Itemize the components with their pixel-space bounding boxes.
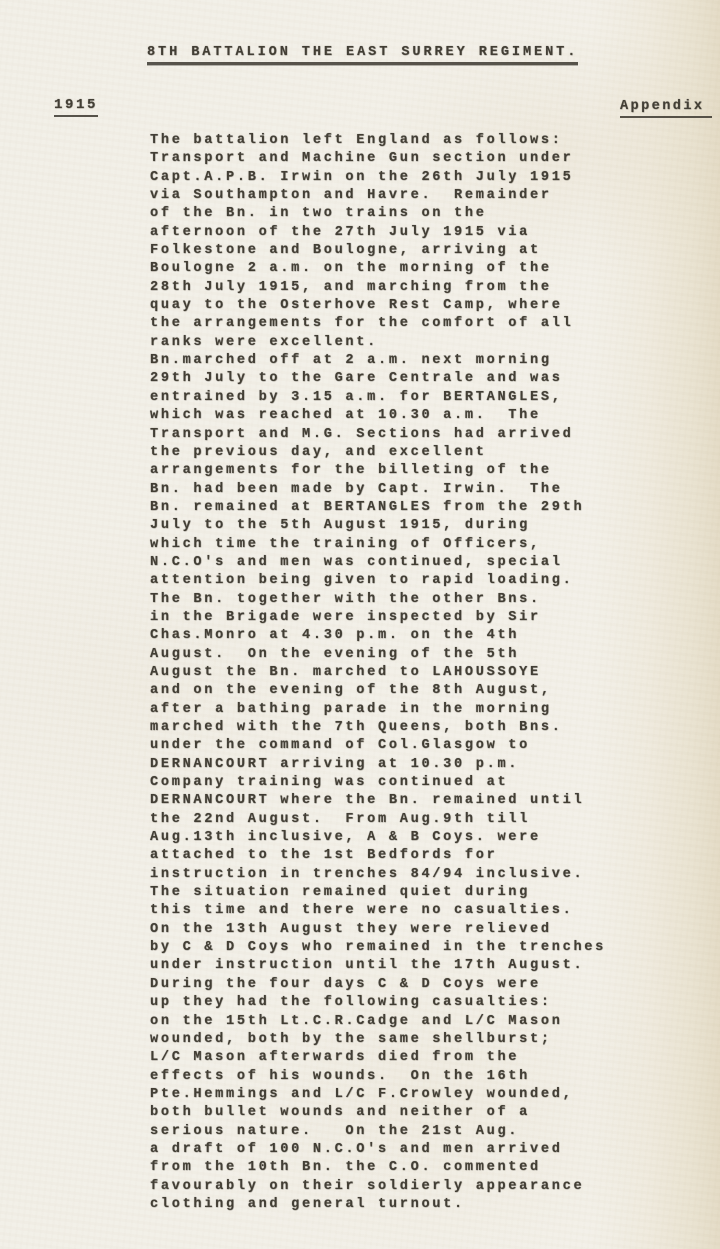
typed-line: under instruction until the 17th August. [150,957,690,975]
typed-line: in the Brigade were inspected by Sir [150,609,690,627]
typed-line: on the 15th Lt.C.R.Cadge and L/C Mason [150,1013,690,1031]
typed-line: which time the training of Officers, [150,536,690,554]
typed-line: The battalion left England as follows: [150,132,690,150]
typed-line: Boulogne 2 a.m. on the morning of the [150,260,690,278]
typed-line: this time and there were no casualties. [150,902,690,920]
typed-line: Pte.Hemmings and L/C F.Crowley wounded, [150,1086,690,1104]
typed-line: effects of his wounds. On the 16th [150,1068,690,1086]
typed-line: marched with the 7th Queens, both Bns. [150,719,690,737]
typed-line: Company training was continued at [150,774,690,792]
typed-line: quay to the Osterhove Rest Camp, where [150,297,690,315]
typed-line: August. On the evening of the 5th [150,646,690,664]
typed-line: up they had the following casualties: [150,994,690,1012]
typed-line: via Southampton and Havre. Remainder [150,187,690,205]
typed-line: The Bn. together with the other Bns. [150,591,690,609]
typed-line: Folkestone and Boulogne, arriving at [150,242,690,260]
typed-line: of the Bn. in two trains on the [150,205,690,223]
typed-line: Aug.13th inclusive, A & B Coys. were [150,829,690,847]
typed-line: The situation remained quiet during [150,884,690,902]
typed-line: after a bathing parade in the morning [150,701,690,719]
typed-line: Chas.Monro at 4.30 p.m. on the 4th [150,627,690,645]
typed-line: the 22nd August. From Aug.9th till [150,811,690,829]
typed-line: attached to the 1st Bedfords for [150,847,690,865]
typed-line: under the command of Col.Glasgow to [150,737,690,755]
typed-line: the arrangements for the comfort of all [150,315,690,333]
appendix-label: Appendix [620,99,712,118]
typed-line: N.C.O's and men was continued, special [150,554,690,572]
typed-line: DERNANCOURT where the Bn. remained until [150,792,690,810]
typed-line: arrangements for the billeting of the [150,462,690,480]
typed-line: instruction in trenches 84/94 inclusive. [150,866,690,884]
typed-line: attention being given to rapid loading. [150,572,690,590]
typed-line: from the 10th Bn. the C.O. commented [150,1159,690,1177]
typed-line: both bullet wounds and neither of a [150,1104,690,1122]
typed-line: entrained by 3.15 a.m. for BERTANGLES, [150,389,690,407]
typed-line: a draft of 100 N.C.O's and men arrived [150,1141,690,1159]
typed-line: 28th July 1915, and marching from the [150,279,690,297]
year-label: 1915 [54,97,98,117]
typed-line: Transport and Machine Gun section under [150,150,690,168]
typed-line: 29th July to the Gare Centrale and was [150,370,690,388]
typed-line: L/C Mason afterwards died from the [150,1049,690,1067]
typed-line: On the 13th August they were relieved [150,921,690,939]
typed-line: August the Bn. marched to LAHOUSSOYE [150,664,690,682]
typed-line: During the four days C & D Coys were [150,976,690,994]
typed-line: Bn.marched off at 2 a.m. next morning [150,352,690,370]
typed-line: ranks were excellent. [150,334,690,352]
typed-line: July to the 5th August 1915, during [150,517,690,535]
typed-line: the previous day, and excellent [150,444,690,462]
typed-line: favourably on their soldierly appearance [150,1178,690,1196]
document-title: 8TH BATTALION THE EAST SURREY REGIMENT. [147,45,578,65]
typed-line: which was reached at 10.30 a.m. The [150,407,690,425]
typed-line: Capt.A.P.B. Irwin on the 26th July 1915 [150,169,690,187]
typed-line: by C & D Coys who remained in the trench… [150,939,690,957]
typed-line: wounded, both by the same shellburst; [150,1031,690,1049]
typed-line: clothing and general turnout. [150,1196,690,1214]
typed-body: The battalion left England as follows:Tr… [150,132,690,1214]
typed-line: serious nature. On the 21st Aug. [150,1123,690,1141]
typed-line: Bn. remained at BERTANGLES from the 29th [150,499,690,517]
typed-line: Bn. had been made by Capt. Irwin. The [150,481,690,499]
typed-line: Transport and M.G. Sections had arrived [150,426,690,444]
typed-line: DERNANCOURT arriving at 10.30 p.m. [150,756,690,774]
typed-line: and on the evening of the 8th August, [150,682,690,700]
scanned-document-page: 8TH BATTALION THE EAST SURREY REGIMENT. … [0,0,720,1249]
typed-line: afternoon of the 27th July 1915 via [150,224,690,242]
